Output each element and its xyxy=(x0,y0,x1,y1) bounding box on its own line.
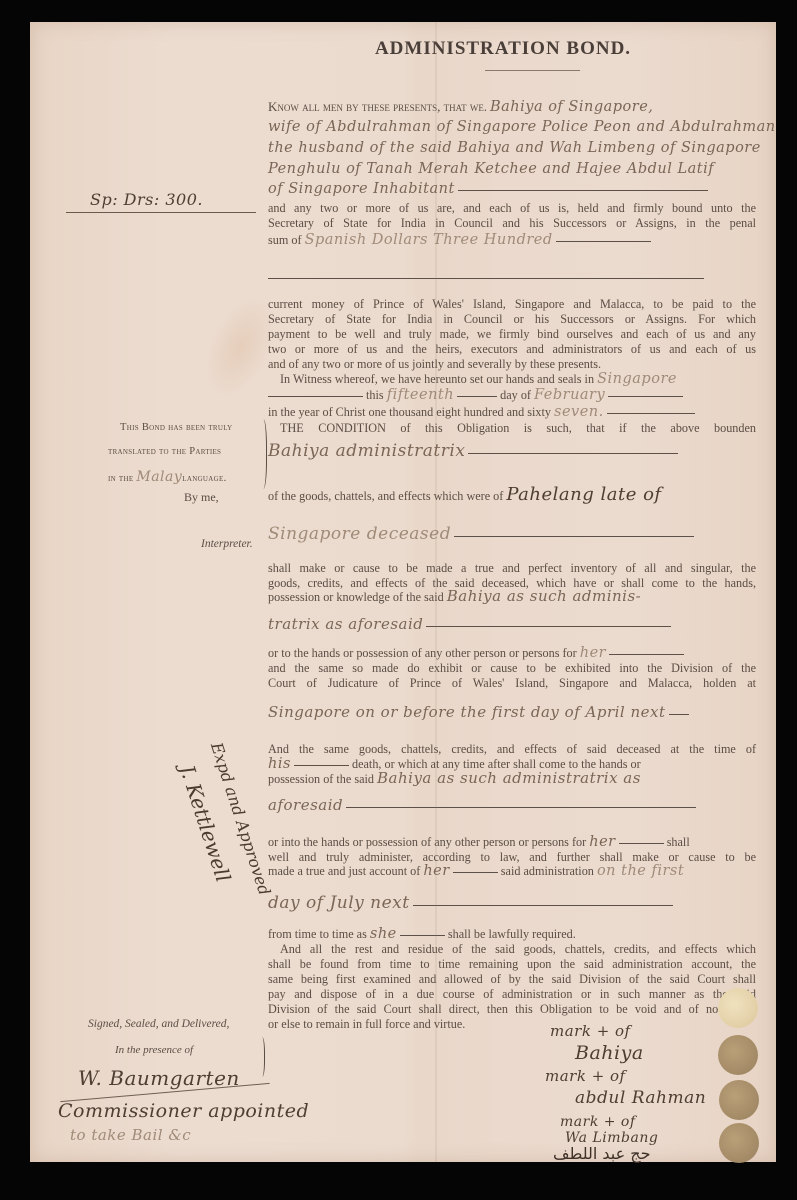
time-lead: from time to time as xyxy=(268,927,367,941)
possession-lead: possession of the said xyxy=(268,772,374,786)
witness-date-line: this fifteenth day of February xyxy=(268,388,756,403)
preamble-p3: sum of Spanish Dollars Three Hundred xyxy=(268,233,756,248)
signature-name-4-arabic: حج عبد اللطف xyxy=(553,1144,650,1163)
sum-lead: sum of xyxy=(268,233,302,247)
said-admin-label: said administration xyxy=(501,864,594,878)
condition-lead: THE CONDITION of this Obligation is such… xyxy=(268,421,756,436)
money-clause-2: Secretary of State for India in Council … xyxy=(268,312,756,327)
title-divider xyxy=(485,70,580,71)
translation-language-label: language. xyxy=(182,473,226,484)
witness-year-line: in the year of Christ one thousand eight… xyxy=(268,405,756,420)
wax-seal-1 xyxy=(718,988,758,1028)
witness-day: fifteenth xyxy=(387,387,454,403)
signature-mark-1: mark + of xyxy=(550,1022,631,1040)
witness-line: In Witness whereof, we have hereunto set… xyxy=(268,372,768,387)
inventory-administratrix: Bahiya as such adminis- xyxy=(447,587,642,605)
residue-6: or else to remain in full force and virt… xyxy=(268,1017,756,1032)
document-title: ADMINISTRATION BOND. xyxy=(30,38,776,60)
residue-3: same being first examined and allowed of… xyxy=(268,972,756,987)
aforesaid-line: aforesaid xyxy=(268,798,756,814)
time-she: she xyxy=(370,926,397,942)
money-clause-3: payment to be well and truly made, we fi… xyxy=(268,327,756,342)
amount-margin-rule xyxy=(66,212,256,213)
inventory-4: tratrix as aforesaid xyxy=(268,617,756,633)
witness-signature: W. Baumgarten xyxy=(78,1066,240,1090)
hands-line: or to the hands or possession of any oth… xyxy=(268,646,756,661)
july-line: day of July next xyxy=(268,896,756,912)
preamble-hw-line-5: of Singapore Inhabitant xyxy=(268,181,455,197)
possession-line: possession of the said Bahiya as such ad… xyxy=(268,771,756,787)
exhibit-date: Singapore on or before the first day of … xyxy=(268,703,666,721)
preamble-line-5: of Singapore Inhabitant xyxy=(268,182,756,197)
shall-label: shall xyxy=(667,835,690,849)
time-line: from time to time as she shall be lawful… xyxy=(268,927,756,942)
same-goods: And the same goods, chattels, credits, a… xyxy=(268,742,756,757)
by-me-label: By me, xyxy=(184,490,219,505)
hands-lead: or to the hands or possession of any oth… xyxy=(268,646,577,660)
inventory-3: possession or knowledge of the said Bahi… xyxy=(268,589,756,605)
year-lead: in the year of Christ one thousand eight… xyxy=(268,405,551,419)
residue-4: pay and dispose of in a due course of ad… xyxy=(268,987,756,1002)
translation-in-the: in the xyxy=(108,473,133,484)
wax-seal-4 xyxy=(719,1123,759,1163)
preamble-p2: Secretary of State for India in Council … xyxy=(268,216,756,231)
translation-language: Malay xyxy=(136,469,182,485)
inventory-3-lead: possession or knowledge of the said xyxy=(268,590,444,604)
signature-mark-2: mark + of xyxy=(545,1067,626,1085)
preamble-line-1: Know all men by these presents, that we.… xyxy=(268,99,756,115)
translation-note-2: translated to the Parties xyxy=(108,446,221,457)
signature-name-1: Bahiya xyxy=(575,1042,644,1064)
translation-brace xyxy=(258,419,267,489)
interpreter-label: Interpreter. xyxy=(201,538,253,550)
exhibit-2: Court of Judicature of Prince of Wales' … xyxy=(268,676,756,691)
signature-name-2: abdul Rahman xyxy=(575,1088,706,1108)
amount-margin-note: Sp: Drs: 300. xyxy=(90,190,203,209)
goods-line: of the goods, chattels, and effects whic… xyxy=(268,487,756,504)
account-line: made a true and just account of her said… xyxy=(268,864,756,879)
witness-lead: In Witness whereof, we have hereunto set… xyxy=(280,372,594,386)
into-her: her xyxy=(589,834,615,850)
witness-year: seven. xyxy=(554,404,604,420)
exhibit-date-line: Singapore on or before the first day of … xyxy=(268,705,756,721)
preamble-hw-line-3: the husband of the said Bahiya and Wah L… xyxy=(268,141,756,156)
residue-5: Division of the said Court shall direct,… xyxy=(268,1002,756,1017)
exhibit-1: and the same so made do exhibit or cause… xyxy=(268,661,756,676)
presence-label: In the presence of xyxy=(115,1044,193,1056)
account-july: day of July next xyxy=(268,893,410,913)
translation-note-1: This Bond has been truly xyxy=(120,422,232,433)
translation-note-3: in the Malaylanguage. xyxy=(108,469,227,485)
bail-note: to take Bail &c xyxy=(70,1126,191,1144)
commissioner-title: Commissioner appointed xyxy=(58,1100,309,1122)
signature-mark-3: mark + of xyxy=(560,1114,636,1130)
account-first: on the first xyxy=(597,863,684,879)
required-label: shall be lawfully required. xyxy=(448,927,576,941)
goods-lead: of the goods, chattels, and effects whic… xyxy=(268,489,503,503)
inventory-1: shall make or cause to be made a true an… xyxy=(268,561,756,576)
his-fill: his xyxy=(268,756,291,772)
penal-sum: Spanish Dollars Three Hundred xyxy=(305,232,553,248)
preamble-hw-line-4: Penghulu of Tanah Merah Ketchee and Haje… xyxy=(268,162,756,177)
aforesaid-fill: aforesaid xyxy=(268,796,343,814)
money-clause-1: current money of Prince of Wales' Island… xyxy=(268,297,756,312)
wax-seal-2 xyxy=(718,1035,758,1075)
hands-her: her xyxy=(580,645,606,661)
administratrix-line: Bahiya administratrix xyxy=(268,444,756,460)
deceased-place: Singapore deceased xyxy=(268,524,451,544)
party-bahiya: Bahiya of Singapore, xyxy=(490,99,653,115)
signed-brace xyxy=(258,1037,265,1077)
residue-1: And all the rest and residue of the said… xyxy=(268,942,756,957)
this-label: this xyxy=(366,388,384,402)
account-her: her xyxy=(423,863,449,879)
deceased-name: Pahelang late of xyxy=(506,484,661,505)
money-clause-4: two or more of us and the heirs, executo… xyxy=(268,342,756,357)
into-hands-line: or into the hands or possession of any o… xyxy=(268,835,756,850)
administratrix-name: Bahiya administratrix xyxy=(268,441,465,461)
signed-sealed-label: Signed, Sealed, and Delivered, xyxy=(88,1018,229,1030)
money-clause-5: and of any two or more of us jointly and… xyxy=(268,357,756,372)
wax-seal-3 xyxy=(719,1080,759,1120)
possession-administratrix: Bahiya as such administratrix as xyxy=(377,769,641,787)
day-of-label: day of xyxy=(500,388,531,402)
deceased-line-2: Singapore deceased xyxy=(268,527,756,543)
witness-place: Singapore xyxy=(597,371,677,387)
preamble-p1: and any two or more of us are, and each … xyxy=(268,201,756,216)
document-page: ADMINISTRATION BOND. Sp: Drs: 300. Know … xyxy=(30,22,776,1162)
account-lead: made a true and just account of xyxy=(268,864,420,878)
preamble-lead: Know all men by these presents, that we xyxy=(268,99,484,114)
into-lead: or into the hands or possession of any o… xyxy=(268,835,586,849)
inventory-aforesaid: tratrix as aforesaid xyxy=(268,615,423,633)
sum-blank-rule xyxy=(268,278,704,279)
witness-month: February xyxy=(534,387,605,403)
preamble-hw-line-2: wife of Abdulrahman of Singapore Police … xyxy=(268,120,756,135)
residue-2: shall be found from time to time remaini… xyxy=(268,957,756,972)
